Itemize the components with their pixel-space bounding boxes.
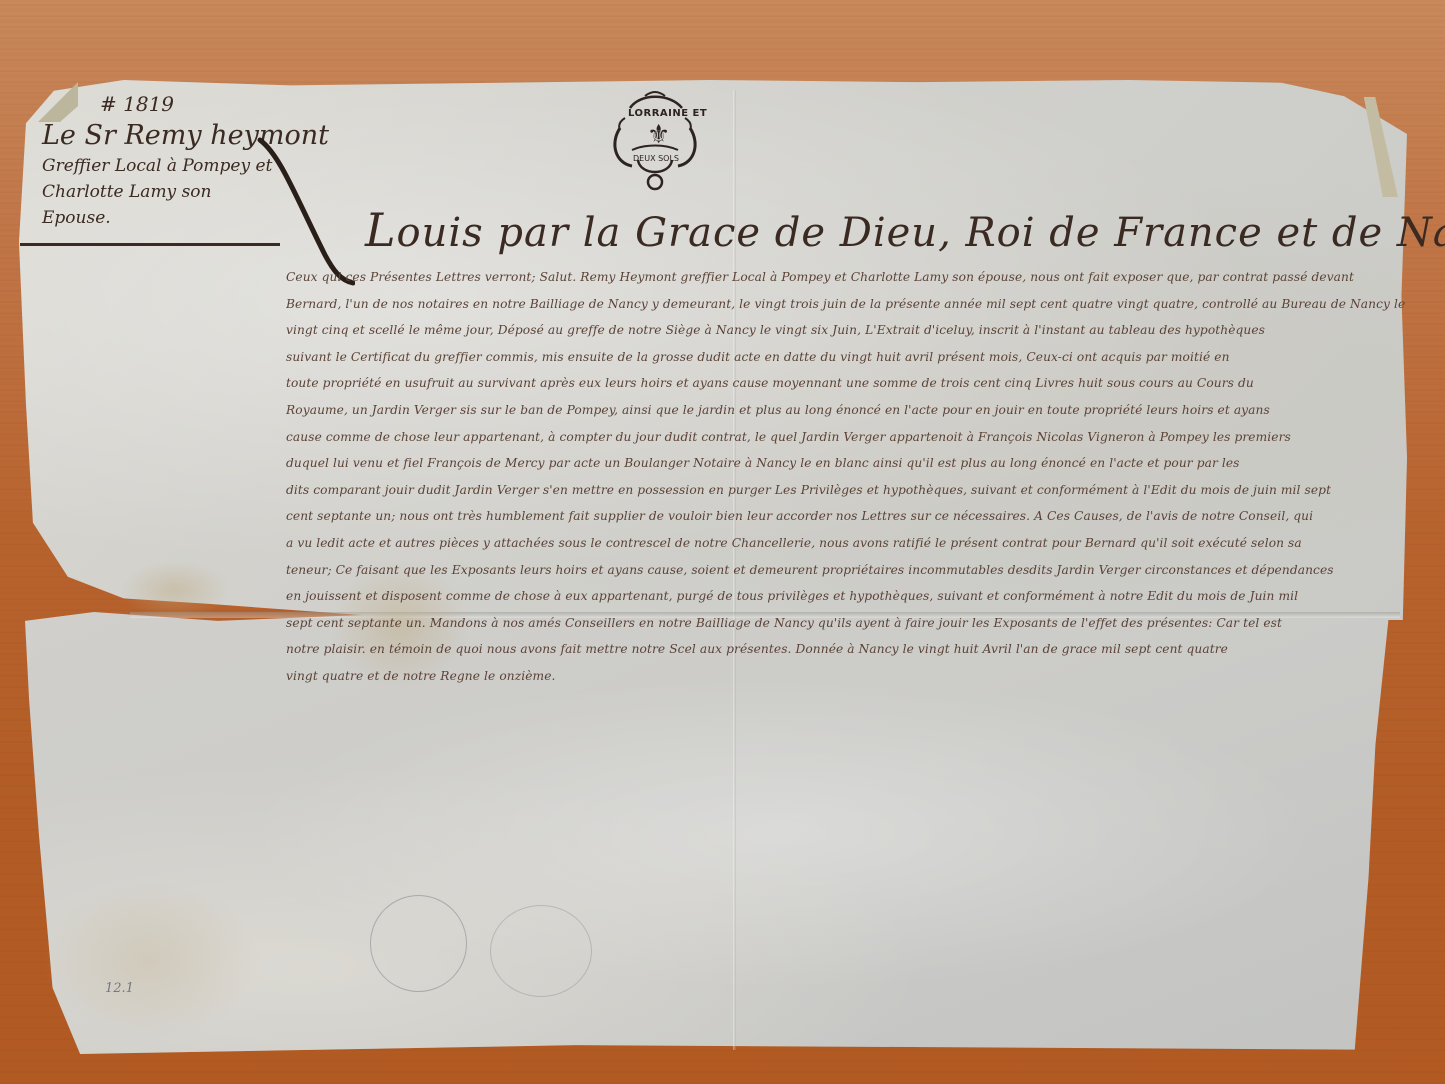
body-line: teneur; Ce faisant que les Exposants leu…: [286, 557, 1411, 584]
faint-pencil-circle: [370, 895, 467, 992]
heading-text: ouis par la Grace de Dieu, Roi de France…: [397, 210, 1445, 256]
body-line: dits comparant jouir dudit Jardin Verger…: [286, 477, 1411, 504]
body-line: toute propriété en usufruit au survivant…: [286, 370, 1411, 397]
body-line: Bernard, l'un de nos notaires en notre B…: [286, 291, 1411, 318]
body-line: Royaume, un Jardin Verger sis sur le ban…: [286, 397, 1411, 424]
water-stain: [40, 880, 260, 1040]
faint-pencil-circle: [490, 905, 592, 997]
body-line: Ceux qui ces Présentes Lettres verront; …: [286, 264, 1411, 291]
document-heading: Louis par la Grace de Dieu, Roi de Franc…: [365, 203, 1445, 257]
body-line: notre plaisir. en témoin de quoi nous av…: [286, 636, 1411, 663]
body-line: cause comme de chose leur appartenant, à…: [286, 424, 1411, 451]
water-stain: [120, 560, 230, 620]
body-line: a vu ledit acte et autres pièces y attac…: [286, 530, 1411, 557]
body-line: vingt cinq et scellé le même jour, Dépos…: [286, 317, 1411, 344]
document-body: Ceux qui ces Présentes Lettres verront; …: [286, 264, 1411, 690]
seal-top-inscription: LORRAINE ET: [628, 108, 707, 119]
seal-bottom-inscription: DEUX SOLS: [633, 154, 679, 163]
body-line: duquel lui venu et fiel François de Merc…: [286, 450, 1411, 477]
margin-underline-rule: [20, 243, 280, 246]
parchment-document: # 1819 Le Sr Remy heymont Greffier Local…: [0, 0, 1445, 1084]
catalog-number: # 1819: [100, 92, 174, 116]
body-line: suivant le Certificat du greffier commis…: [286, 344, 1411, 371]
body-line: cent septante un; nous ont très humbleme…: [286, 503, 1411, 530]
body-line: vingt quatre et de notre Regne le onzièm…: [286, 663, 1411, 690]
body-line: sept cent septante un. Mandons à nos amé…: [286, 610, 1411, 637]
pencil-note-bottom-left: 12.1: [105, 981, 134, 996]
fleur-de-lis-icon: ⚜: [647, 120, 670, 150]
heading-initial: L: [365, 203, 397, 257]
body-line: en jouissent et disposent comme de chose…: [286, 583, 1411, 610]
